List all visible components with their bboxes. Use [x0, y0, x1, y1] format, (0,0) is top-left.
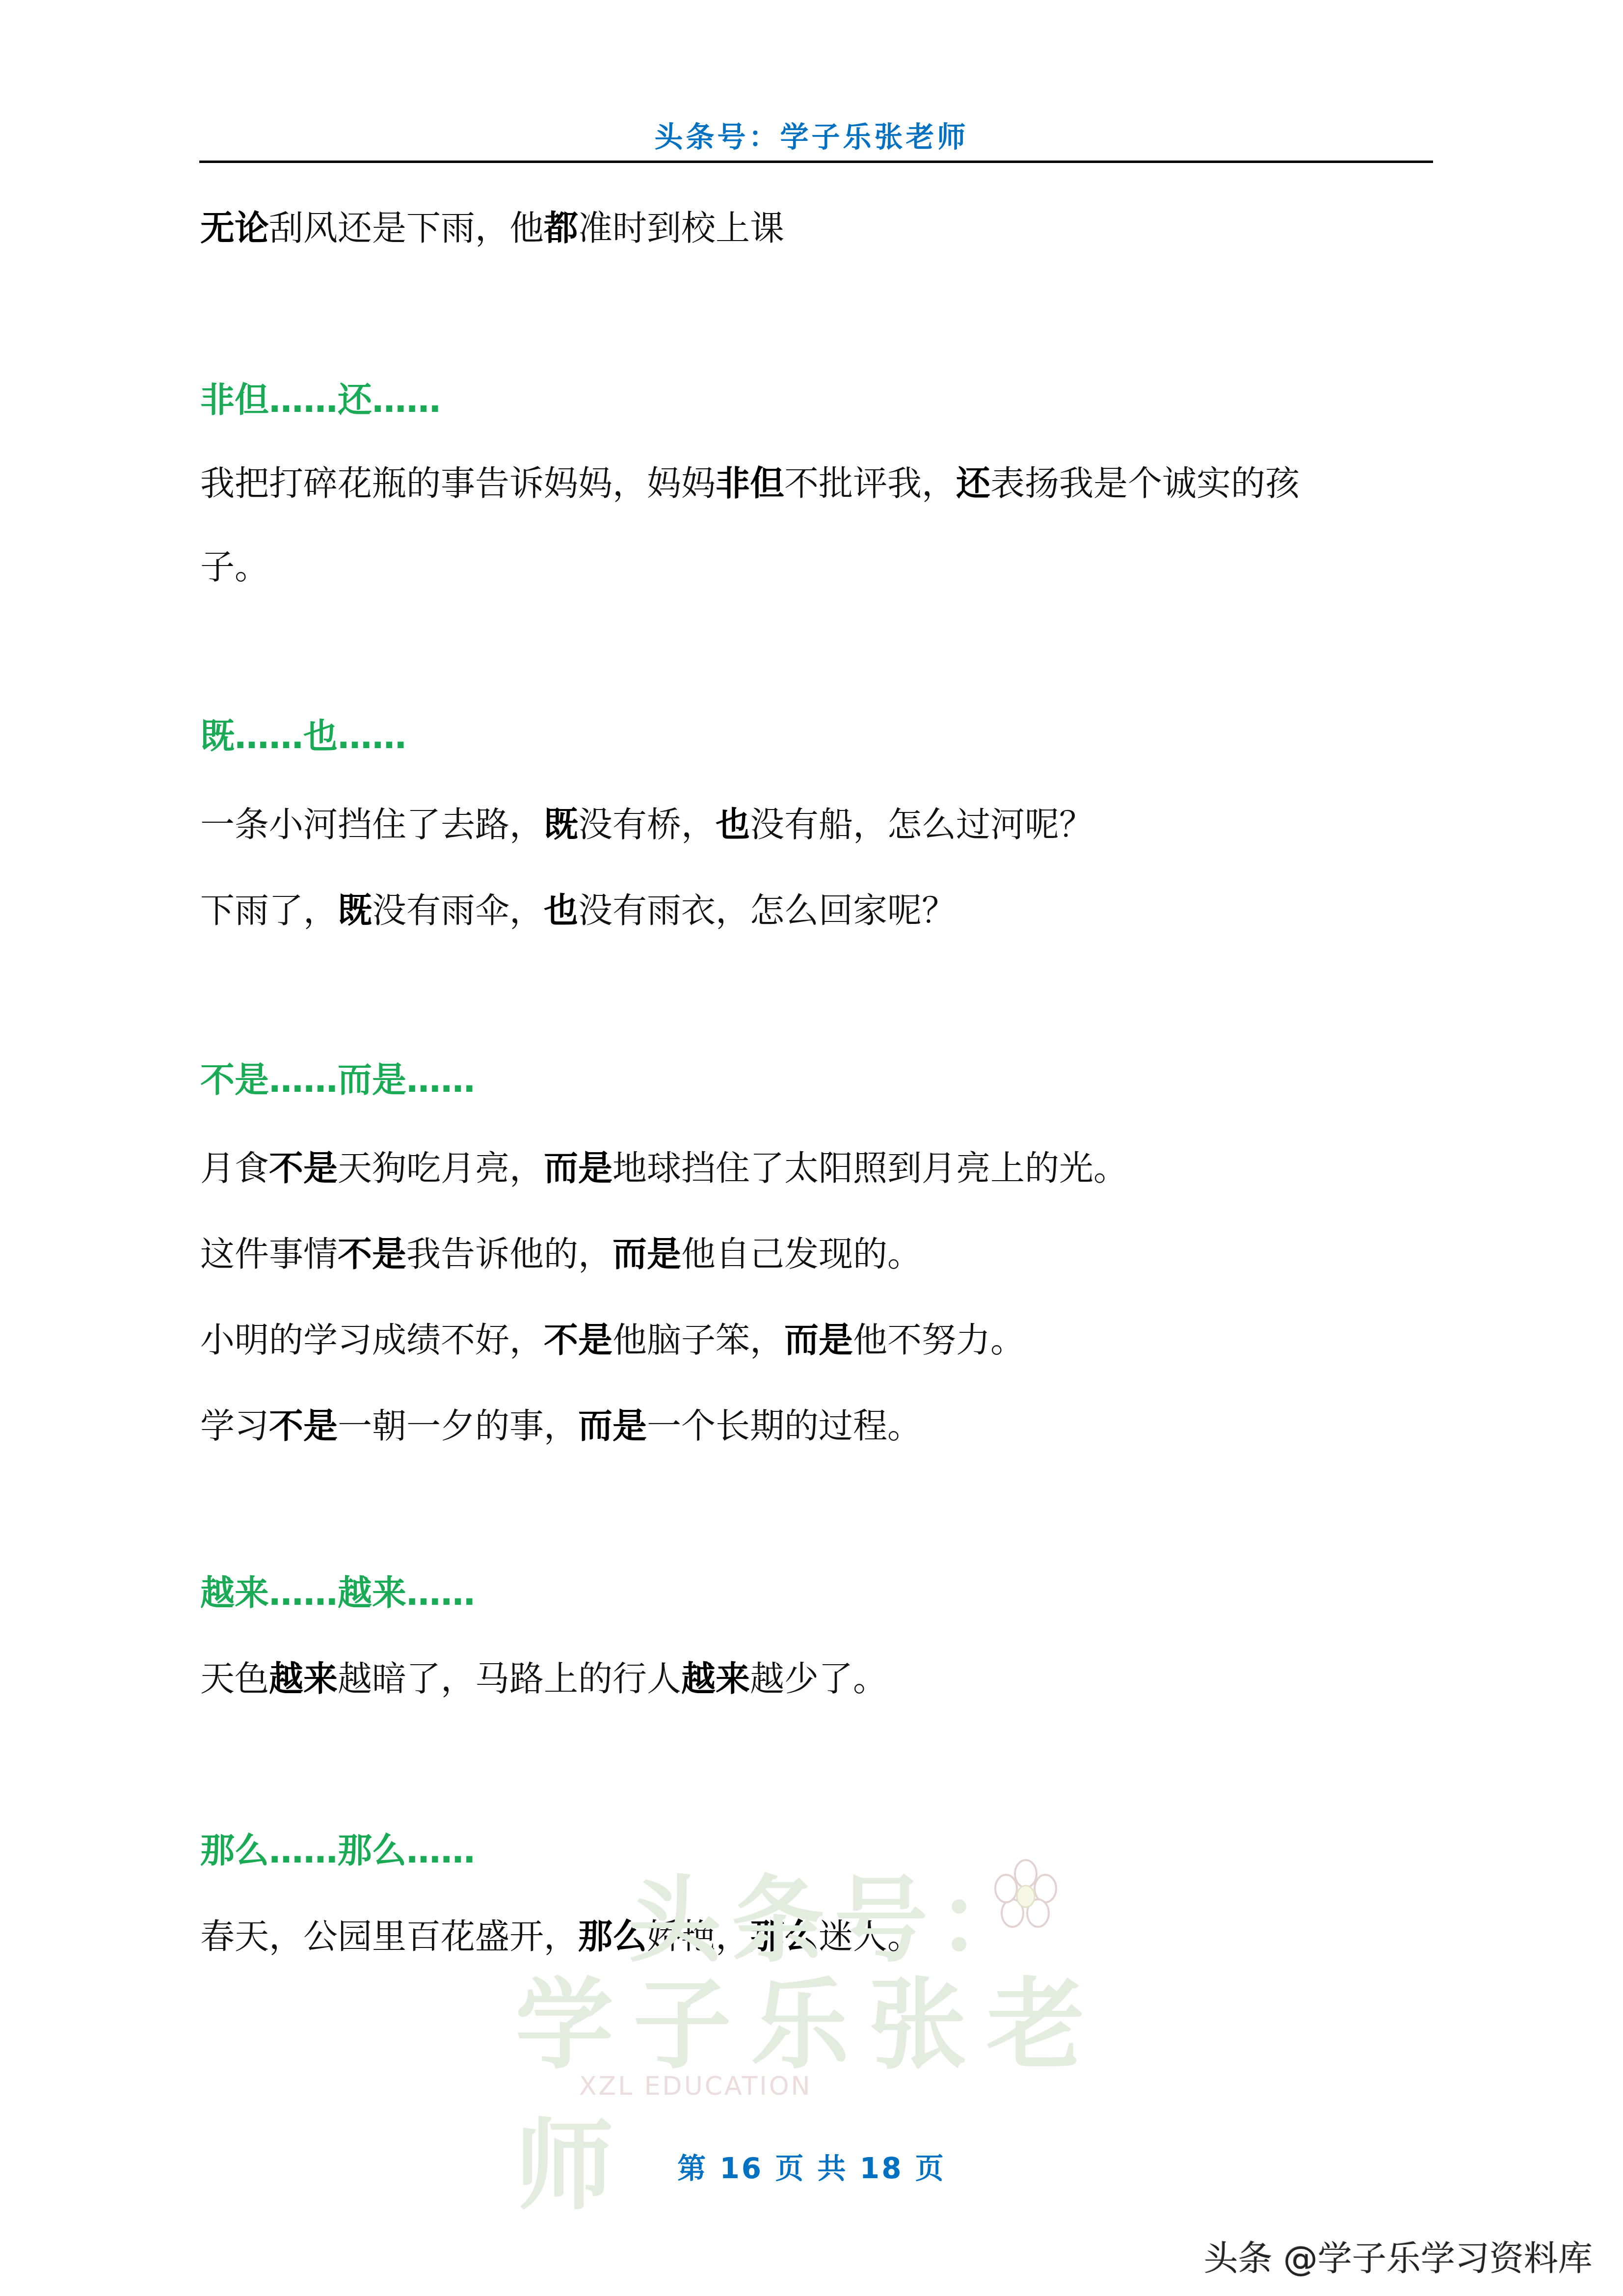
example-sentence: 天色越来越暗了，马路上的行人越来越少了。 — [200, 1657, 887, 1701]
keyword: 不是 — [544, 1320, 612, 1360]
sentence-text: 小明的学习成绩不好， — [200, 1320, 544, 1360]
section-heading-bushi-ershi: 不是……而是…… — [200, 1058, 475, 1102]
sentence-text: 天色 — [200, 1659, 269, 1699]
sentence-text: 一朝一夕的事， — [338, 1406, 578, 1446]
example-sentence: 一条小河挡住了去路，既没有桥，也没有船，怎么过河呢？ — [200, 803, 1093, 847]
sentence-text: 越少了。 — [750, 1659, 887, 1699]
example-sentence: 月食不是天狗吃月亮，而是地球挡住了太阳照到月亮上的光。 — [200, 1146, 1128, 1190]
keyword: 而是 — [612, 1234, 681, 1274]
sentence-text: 一个长期的过程。 — [647, 1406, 922, 1446]
sentence-text: 迷人。 — [819, 1917, 922, 1957]
example-sentence: 这件事情不是我告诉他的，而是他自己发现的。 — [200, 1232, 922, 1276]
example-sentence: 春天，公园里百花盛开，那么娇艳，那么迷人。 — [200, 1915, 922, 1959]
sentence-text: 娇艳， — [647, 1917, 750, 1957]
sentence-text: 下雨了， — [200, 891, 338, 931]
sentence-text: 学习 — [200, 1406, 269, 1446]
sentence-text: 没有雨伞， — [372, 891, 544, 931]
header-divider — [199, 161, 1433, 163]
sentence-text: 准时到校上课 — [578, 208, 784, 248]
section-heading-name-name: 那么……那么…… — [200, 1829, 475, 1873]
keyword: 都 — [544, 208, 578, 248]
example-sentence: 无论刮风还是下雨，他都准时到校上课 — [200, 206, 784, 250]
source-watermark: 头条 @学子乐学习资料库 — [1204, 2231, 1593, 2281]
keyword: 不是 — [338, 1234, 406, 1274]
example-sentence: 子。 — [200, 545, 269, 589]
sentence-text: 天狗吃月亮， — [338, 1148, 544, 1189]
keyword: 还 — [956, 463, 990, 504]
keyword: 不是 — [269, 1148, 338, 1189]
keyword: 也 — [716, 805, 750, 845]
keyword: 越来 — [681, 1659, 750, 1699]
keyword: 无论 — [200, 208, 269, 248]
sentence-text: 我把打碎花瓶的事告诉妈妈，妈妈 — [200, 463, 716, 504]
sentence-text: 表扬我是个诚实的孩 — [990, 463, 1300, 504]
sentence-text: 没有雨衣，怎么回家呢？ — [578, 891, 956, 931]
keyword: 既 — [544, 805, 578, 845]
section-heading-yuelai-yuelai: 越来……越来…… — [200, 1571, 475, 1615]
sentence-text: 春天，公园里百花盛开， — [200, 1917, 578, 1957]
sentence-text: 他脑子笨， — [612, 1320, 784, 1360]
sentence-text: 他自己发现的。 — [681, 1234, 922, 1274]
page-header-title: 头条号：学子乐张老师 — [0, 114, 1623, 155]
sentence-text: 没有桥， — [578, 805, 716, 845]
keyword: 那么 — [750, 1917, 819, 1957]
keyword: 而是 — [544, 1148, 612, 1189]
sentence-text: 地球挡住了太阳照到月亮上的光。 — [612, 1148, 1128, 1189]
sentence-text: 一条小河挡住了去路， — [200, 805, 544, 845]
keyword: 非但 — [716, 463, 784, 504]
sentence-text: 我告诉他的， — [406, 1234, 612, 1274]
section-heading-feidan-hai: 非但……还…… — [200, 378, 441, 422]
sentence-text: 月食 — [200, 1148, 269, 1189]
watermark-line1: 头条号： — [628, 1846, 1040, 1980]
sentence-text: 这件事情 — [200, 1234, 338, 1274]
watermark: 头条号： 学子乐张老师 XZL EDUCATION — [506, 1846, 1144, 2121]
watermark-subtitle: XZL EDUCATION — [579, 2072, 812, 2101]
sentence-text: 不批评我， — [784, 463, 956, 504]
example-sentence: 小明的学习成绩不好，不是他脑子笨，而是他不努力。 — [200, 1318, 1025, 1362]
keyword: 也 — [544, 891, 578, 931]
sentence-text: 没有船，怎么过河呢？ — [750, 805, 1093, 845]
sentence-text: 子。 — [200, 547, 269, 587]
keyword: 不是 — [269, 1406, 338, 1446]
example-sentence: 下雨了，既没有雨伞，也没有雨衣，怎么回家呢？ — [200, 889, 956, 933]
keyword: 而是 — [784, 1320, 853, 1360]
example-sentence: 学习不是一朝一夕的事，而是一个长期的过程。 — [200, 1404, 922, 1448]
flower-icon — [989, 1858, 1063, 1932]
section-heading-ji-ye: 既……也…… — [200, 714, 406, 758]
sentence-text: 刮风还是下雨，他 — [269, 208, 544, 248]
sentence-text: 他不努力。 — [853, 1320, 1025, 1360]
keyword: 而是 — [578, 1406, 647, 1446]
example-sentence: 我把打碎花瓶的事告诉妈妈，妈妈非但不批评我，还表扬我是个诚实的孩 — [200, 461, 1300, 506]
keyword: 那么 — [578, 1917, 647, 1957]
keyword: 既 — [338, 891, 372, 931]
keyword: 越来 — [269, 1659, 338, 1699]
page-number: 第 16 页 共 18 页 — [0, 2145, 1623, 2187]
sentence-text: 越暗了，马路上的行人 — [338, 1659, 681, 1699]
